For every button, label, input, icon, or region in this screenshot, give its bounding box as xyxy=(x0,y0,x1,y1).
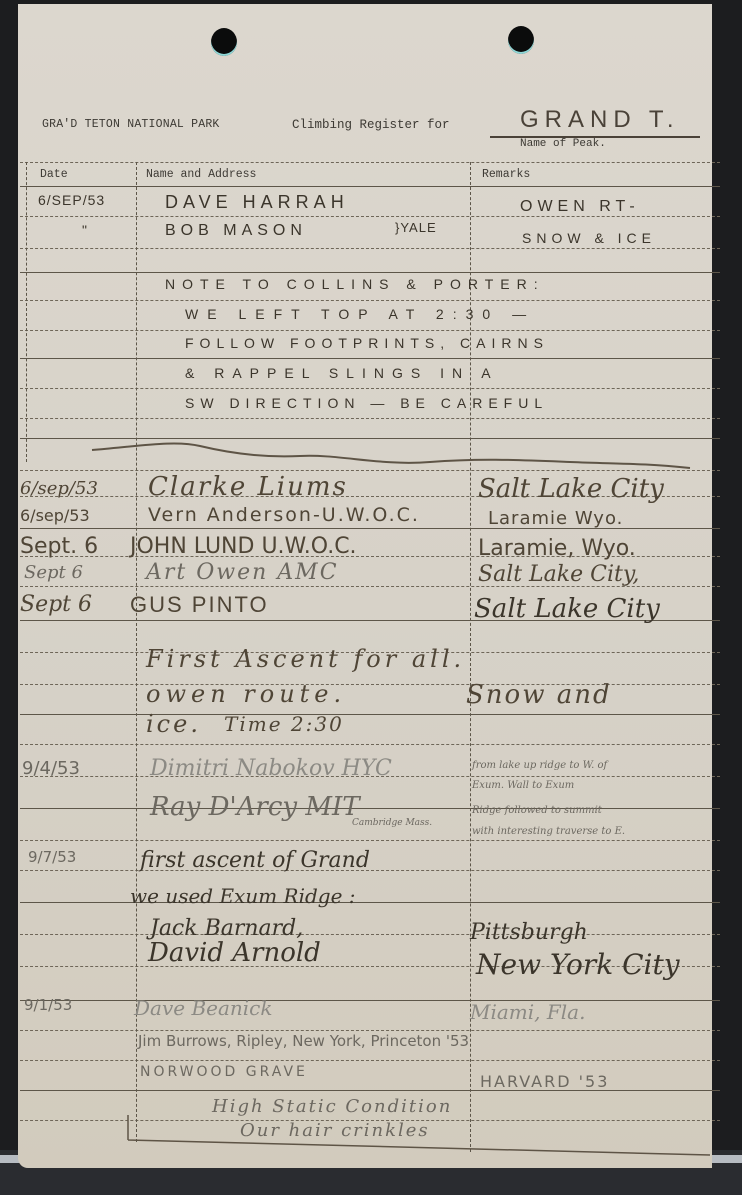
entry-note: Our hair crinkles xyxy=(240,1120,430,1141)
entry-remarks: OWEN RT- xyxy=(520,198,640,216)
entry-remarks: Exum. Wall to Exum xyxy=(472,780,574,791)
note-line: NOTE TO COLLINS & PORTER: xyxy=(165,276,545,292)
entry-remarks: from lake up ridge to W. of xyxy=(472,760,607,771)
entry-affiliation: }YALE xyxy=(395,220,437,235)
entry-note: High Static Condition xyxy=(212,1096,452,1117)
entry-remarks: HARVARD '53 xyxy=(480,1072,609,1091)
entry-date: 9/7/53 xyxy=(28,848,76,866)
entry-remarks: Laramie, Wyo. xyxy=(478,536,636,561)
entry-name-sub: Cambridge Mass. xyxy=(352,818,432,828)
entry-remarks: Salt Lake City xyxy=(478,474,664,504)
entry-name: David Arnold xyxy=(148,938,321,968)
entry-line: we used Exum Ridge : xyxy=(130,884,356,908)
note2-line: owen route. xyxy=(146,680,346,708)
entry-remarks: Miami, Fla. xyxy=(470,1000,585,1024)
entry-name: NORWOOD GRAVE xyxy=(140,1064,308,1080)
entry-date: 9/4/53 xyxy=(22,758,80,779)
entry-date: 6/sep/53 xyxy=(20,506,90,525)
entry-line: first ascent of Grand xyxy=(140,848,370,873)
entry-remarks: Salt Lake City xyxy=(474,594,660,624)
entry-name: DAVE HARRAH xyxy=(165,192,349,213)
note-line: WE LEFT TOP AT 2:30 — xyxy=(185,306,535,322)
note-line: SW DIRECTION — BE CAREFUL xyxy=(185,395,548,411)
entry-date: 6/SEP/53 xyxy=(38,192,105,208)
entry-name: JOHN LUND U.W.O.C. xyxy=(130,534,357,559)
entry-date: Sept 6 xyxy=(20,592,92,617)
entry-name: Vern Anderson-U.W.O.C. xyxy=(148,504,420,526)
entry-remarks: Pittsburgh xyxy=(470,920,588,945)
note2-line: Snow and xyxy=(466,680,612,710)
entry-name: Ray D'Arcy MIT xyxy=(150,792,360,822)
note2-line: Time 2:30 xyxy=(224,712,344,736)
entry-date: Sept 6 xyxy=(24,562,83,583)
note2-line: ice. xyxy=(146,710,201,738)
entry-remarks: Laramie Wyo. xyxy=(488,508,623,529)
entry-name: Dimitri Nabokov HYC xyxy=(150,756,392,781)
entry-remarks: with interesting traverse to E. xyxy=(472,826,625,837)
entry-name: GUS PINTO xyxy=(130,592,269,618)
entry-remarks: Ridge followed to summit xyxy=(472,805,602,816)
entry-name: Clarke Liums xyxy=(148,472,348,502)
entry-date: 9/1/53 xyxy=(24,996,72,1014)
entry-remarks: Salt Lake City, xyxy=(478,562,639,587)
entry-remarks: New York City xyxy=(476,948,680,981)
note-line: & RAPPEL SLINGS IN A xyxy=(185,365,499,381)
entry-name: Art Owen AMC xyxy=(146,560,339,585)
entry-date: Sept. 6 xyxy=(20,534,98,559)
entry-name: BOB MASON xyxy=(165,222,307,240)
entry-name: Jim Burrows, Ripley, New York, Princeton… xyxy=(138,1032,469,1050)
entry-date: 6/sep/53 xyxy=(20,478,98,499)
entry-remarks: SNOW & ICE xyxy=(522,230,656,246)
entry-date-ditto: " xyxy=(82,222,92,238)
entry-name: Dave Beanick xyxy=(134,996,273,1020)
note2-line: First Ascent for all. xyxy=(146,645,465,673)
note-line: FOLLOW FOOTPRINTS, CAIRNS xyxy=(185,335,549,351)
